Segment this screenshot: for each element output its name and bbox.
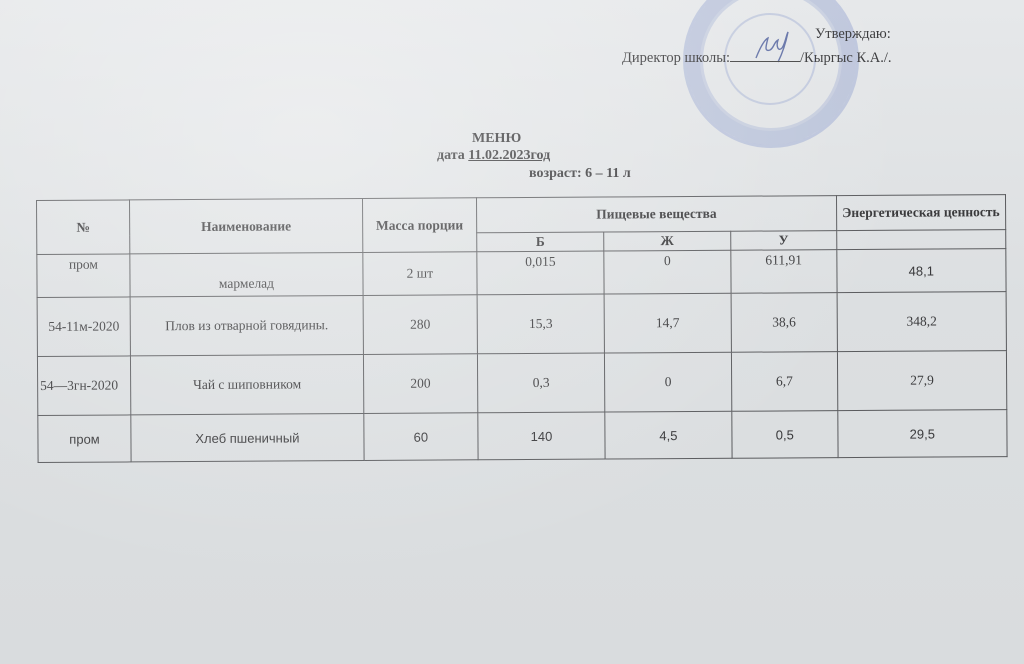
cell-protein: 0,015 (477, 251, 604, 295)
cell-mass: 280 (363, 295, 478, 355)
header-protein: Б (477, 232, 604, 252)
cell-protein: 15,3 (477, 294, 604, 354)
director-line: Директор школы:/Кыргыс К.А./. (622, 47, 892, 67)
cell-fat: 14,7 (604, 293, 731, 353)
header-carbs: У (731, 231, 837, 251)
signature-line (730, 47, 800, 62)
school-stamp (683, 0, 859, 148)
cell-mass: 2 шт (363, 252, 477, 296)
cell-name: Плов из отварной говядины. (130, 296, 363, 356)
age-range: возраст: 6 – 11 л (529, 166, 631, 182)
header-fat: Ж (604, 231, 731, 251)
cell-carbs: 0,5 (732, 411, 838, 459)
menu-table: № Наименование Масса порции Пищевые веще… (36, 194, 1008, 463)
cell-mass: 200 (363, 354, 478, 414)
cell-name: Чай с шиповником (131, 355, 364, 415)
cell-carbs: 611,91 (731, 250, 837, 294)
date-value: 11.02.2023год (468, 148, 550, 163)
director-label: Директор школы: (622, 50, 730, 66)
cell-fat: 0 (604, 250, 731, 294)
header-row: № Наименование Масса порции Пищевые веще… (37, 195, 1006, 236)
director-name: /Кыргыс К.А./. (800, 50, 892, 66)
table-row: пром Хлеб пшеничный 60 140 4,5 0,5 29,5 (38, 410, 1007, 463)
document-date: дата 11.02.2023год (437, 148, 550, 164)
cell-fat: 0 (604, 352, 731, 412)
header-name: Наименование (130, 199, 363, 254)
cell-fat: 4,5 (605, 411, 732, 459)
header-energy: Энергетическая ценность (836, 195, 1005, 231)
table-row: пром мармелад 2 шт 0,015 0 611,91 48,1 (37, 249, 1006, 298)
approve-label: Утверждаю: (815, 26, 891, 43)
cell-protein: 140 (478, 412, 605, 460)
cell-name: Хлеб пшеничный (131, 414, 364, 462)
header-energy-blank (836, 230, 1005, 250)
cell-carbs: 6,7 (731, 352, 837, 412)
cell-number: 54-11м-2020 (37, 297, 130, 357)
header-mass: Масса порции (362, 198, 477, 253)
cell-name: мармелад (130, 253, 363, 297)
cell-energy: 48,1 (837, 249, 1007, 293)
cell-number: пром (37, 254, 130, 298)
cell-number: пром (38, 415, 131, 463)
cell-energy: 348,2 (837, 292, 1007, 352)
table-row: 54—3гн-2020 Чай с шиповником 200 0,3 0 6… (37, 351, 1006, 416)
table-row: 54-11м-2020 Плов из отварной говядины. 2… (37, 292, 1006, 357)
cell-energy: 27,9 (837, 351, 1007, 411)
cell-energy: 29,5 (838, 410, 1008, 458)
cell-number: 54—3гн-2020 (37, 356, 130, 416)
cell-mass: 60 (364, 413, 479, 461)
cell-protein: 0,3 (477, 353, 604, 413)
cell-carbs: 38,6 (731, 293, 837, 353)
header-number: № (37, 200, 130, 255)
document-title: МЕНЮ (472, 131, 521, 147)
date-label: дата (437, 148, 465, 163)
header-nutrients: Пищевые вещества (477, 196, 837, 233)
